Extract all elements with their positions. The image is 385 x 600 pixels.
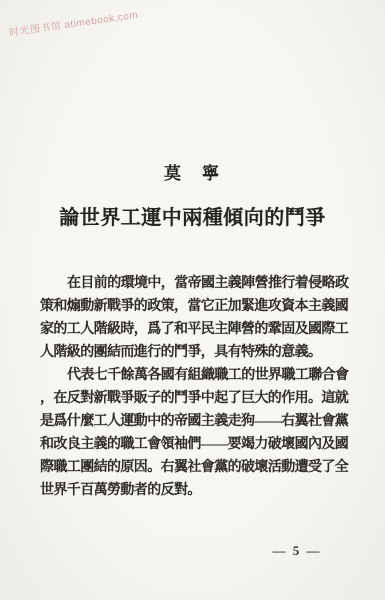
text-line: 世界千百萬勞動者的反對。 (40, 479, 352, 502)
text-line: 策和煽動新戰爭的政策，當它正加緊進攻資本主義國 (40, 295, 352, 318)
page-title: 論世界工運中兩種傾向的鬥爭 (0, 201, 385, 230)
text-line: 家的工人階級時，爲了和平民主陣營的鞏固及國際工 (40, 318, 352, 341)
library-watermark: 时光图书馆 atimebook.com (8, 6, 139, 39)
page-number: — 5 — (262, 543, 332, 559)
book-page: 时光图书馆 atimebook.com 莫 寧 論世界工運中兩種傾向的鬥爭 在目… (0, 0, 385, 600)
text-line: 代表七千餘萬各國有組織職工的世界職工聯合會 (40, 364, 352, 387)
author-name: 莫 寧 (0, 159, 385, 184)
text-line: 際職工團結的原因。右翼社會黨的破壞活動遭受了全 (40, 456, 352, 479)
text-line: 是爲什麼工人運動中的帝國主義走狗——右翼社會黨 (40, 410, 352, 433)
text-line: 在目前的環境中，當帝國主義陣營推行着侵略政 (40, 272, 352, 295)
text-line: 和改良主義的職工會領袖們——要竭力破壞國內及國 (40, 433, 352, 456)
body-text: 在目前的環境中，當帝國主義陣營推行着侵略政 策和煽動新戰爭的政策，當它正加緊進攻… (40, 272, 352, 502)
text-line: ，在反對新戰爭販子的鬥爭中起了巨大的作用。這就 (40, 387, 352, 410)
text-line: 人階級的團結而進行的鬥爭，具有特殊的意義。 (40, 341, 352, 364)
